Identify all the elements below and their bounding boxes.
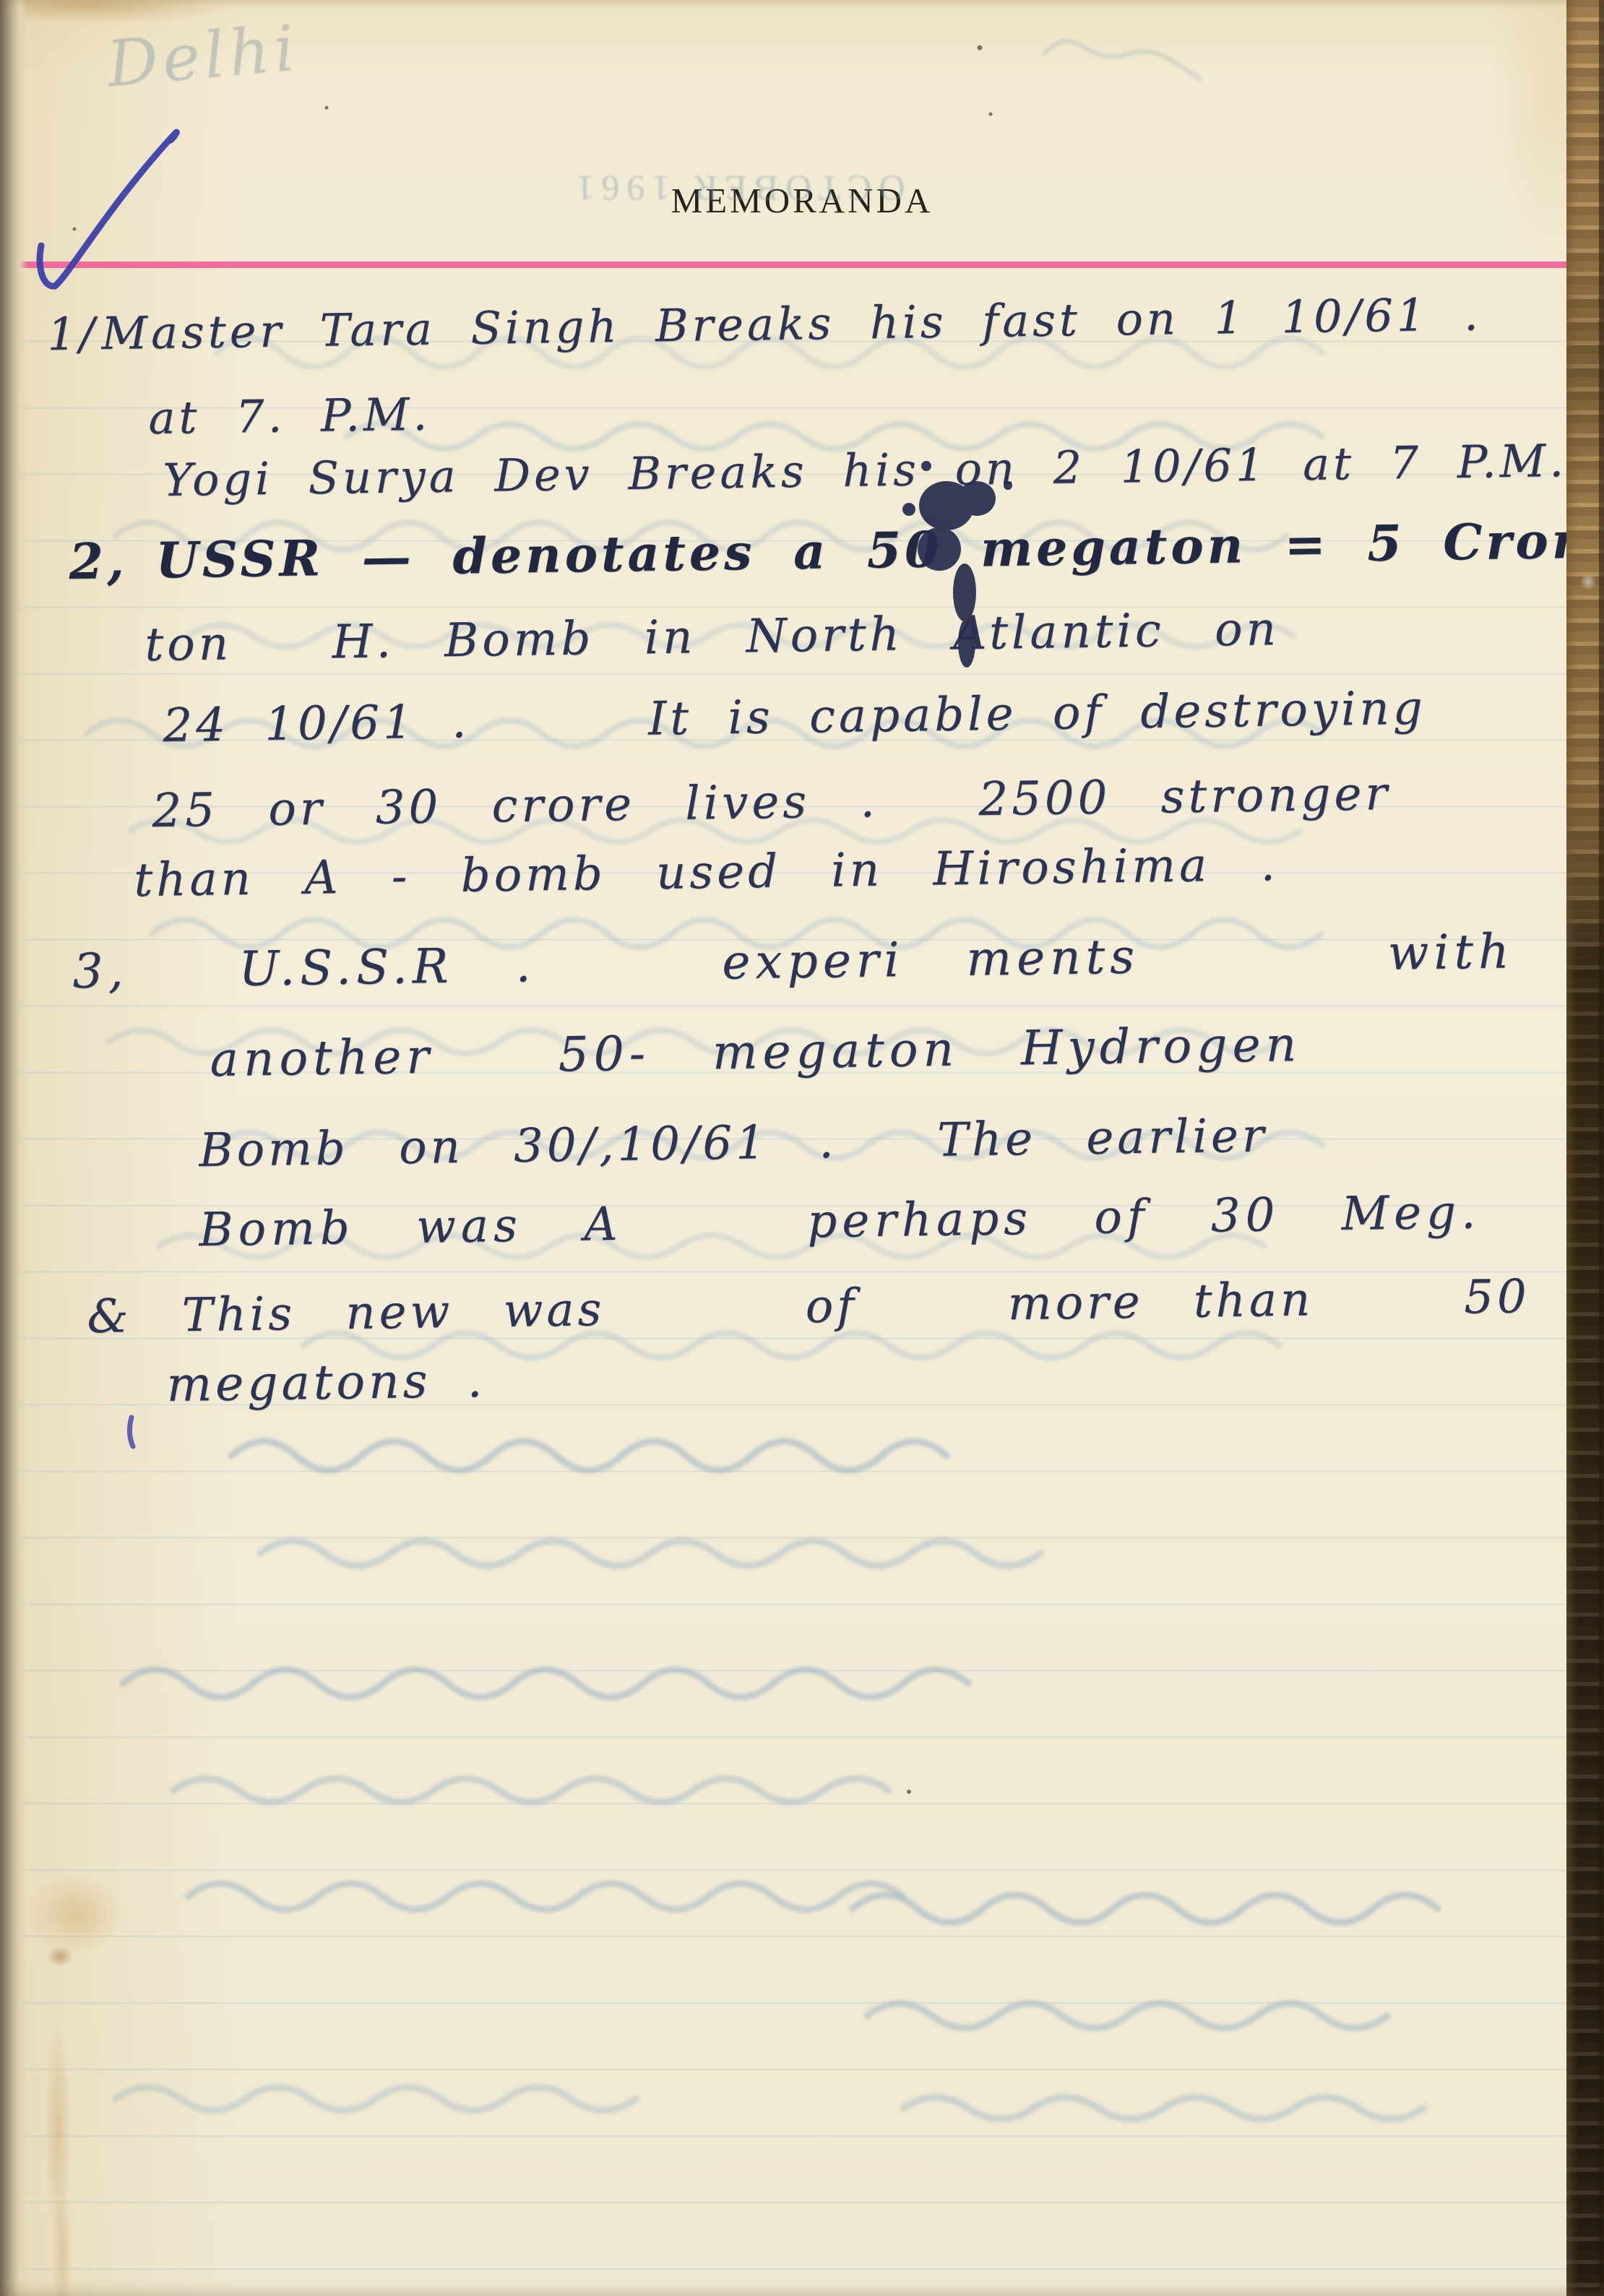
showthrough-scribble — [116, 2087, 636, 2110]
handwritten-line: Yogi Surya Dev Breaks his on 2 10/61 at … — [163, 434, 1567, 506]
handwritten-line: than A - bomb used in Hiroshima . — [134, 838, 1279, 907]
handwritten-text: another 50- megaton Hydrogen — [210, 1017, 1302, 1087]
handwritten-line: 3,U.S.S.R . experi ments with — [72, 923, 1514, 999]
handwritten-text: Bomb was A perhaps of 30 Meg. — [199, 1186, 1481, 1257]
handwritten-line: another 50- megaton Hydrogen — [210, 1017, 1302, 1087]
showthrough-scribble — [173, 1779, 889, 1802]
handwritten-line: 1/Master Tara Singh Breaks his fast on 1… — [47, 288, 1482, 361]
handwritten-line: 2,USSR — denotates a 50 megaton = 5 Cror… — [69, 512, 1604, 591]
pencil-annotation: Delhi — [104, 11, 302, 102]
handwritten-line: 25 or 30 crore lives . 2500 stronger — [152, 767, 1391, 838]
handwritten-text: megatons . — [166, 1352, 486, 1412]
diary-page: MEMORANDA OCTOBER 1961 Delhi 1/Master Ta… — [0, 0, 1604, 2296]
handwritten-text: U.S.S.R . experi ments with — [238, 923, 1514, 997]
printed-pink-rule — [6, 262, 1590, 268]
handwritten-text: 25 or 30 crore lives . 2500 stronger — [152, 767, 1391, 838]
handwritten-line: ton H. Bomb in North Atlantic on — [145, 603, 1280, 672]
handwritten-text: at 7. P.M. — [148, 388, 431, 444]
showthrough-scribble — [903, 2097, 1423, 2119]
handwritten-text: Bomb on 30/,10/61 . The earlier — [199, 1109, 1268, 1178]
handwritten-text: Master Tara Singh Breaks his fast on 1 1… — [101, 288, 1482, 360]
entry-number: 3, — [72, 941, 239, 999]
showthrough-scribble — [853, 1895, 1438, 1922]
showthrough-scribble — [867, 2003, 1387, 2028]
handwritten-text: than A - bomb used in Hiroshima . — [134, 838, 1279, 907]
handwritten-text: ton H. Bomb in North Atlantic on — [145, 603, 1280, 672]
page-left-edge — [0, 0, 27, 2296]
handwritten-line: & This new was of more than 50 — [87, 1270, 1530, 1344]
handwritten-line: 24 10/61 . It is capable of destroying — [163, 682, 1426, 753]
handwritten-text: 24 10/61 . It is capable of destroying — [163, 682, 1426, 753]
pencil-scribble — [1044, 41, 1200, 79]
handwritten-text: USSR — denotates a 50 megaton = 5 Crore — [155, 512, 1604, 590]
handwritten-text: & This new was of more than 50 — [87, 1270, 1530, 1344]
showthrough-scribble — [123, 1670, 968, 1697]
stray-ink-mark — [129, 1417, 133, 1446]
book-binding-edge — [1566, 0, 1604, 2296]
showthrough-scribble — [231, 1441, 947, 1470]
handwritten-line: at 7. P.M. — [148, 388, 431, 444]
handwritten-line: megatons . — [166, 1352, 486, 1412]
handwritten-line: Bomb was A perhaps of 30 Meg. — [199, 1186, 1481, 1257]
entry-number: 1/ — [47, 307, 102, 361]
handwritten-text: Yogi Surya Dev Breaks his on 2 10/61 at … — [163, 434, 1567, 506]
entry-number: 2, — [69, 532, 156, 591]
handwritten-line: Bomb on 30/,10/61 . The earlier — [199, 1109, 1268, 1178]
showthrough-scribble — [260, 1541, 1040, 1566]
showthrough-header-text: OCTOBER 1961 — [462, 168, 1012, 210]
showthrough-scribble — [188, 1883, 903, 1909]
